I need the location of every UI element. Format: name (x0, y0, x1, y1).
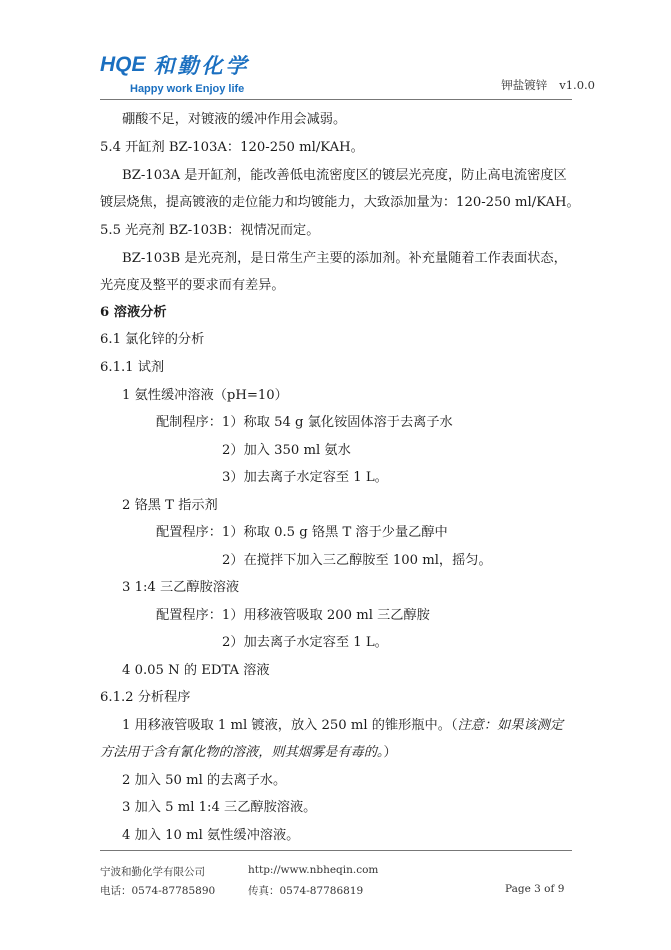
analysis-step-text: 1 用移液管吸取 1 ml 镀液，放入 250 ml 的锥形瓶中。（ (122, 718, 458, 733)
logo-chinese-name: 和勤化学 (154, 50, 250, 80)
section-heading-5-5: 5.5 光亮剂 BZ-103B：视情况而定。 (100, 219, 319, 238)
procedure-step: 2）加去离子水定容至 1 L。 (222, 631, 388, 650)
reagent-item-3: 3 1:4 三乙醇胺溶液 (122, 576, 239, 595)
section-heading-6-1-2: 6.1.2 分析程序 (100, 686, 191, 705)
doc-version: v1.0.0 (559, 78, 595, 92)
document-page: HQE 和勤化学 Happy work Enjoy life 钾盐镀锌v1.0.… (0, 0, 671, 950)
paragraph-line: BZ-103B 是光亮剂，是日常生产主要的添加剂。补充量随着工作表面状态， (122, 247, 567, 266)
reagent-item-1: 1 氨性缓冲溶液（pH=10） (122, 384, 288, 403)
header-divider (100, 99, 572, 100)
footer-divider (100, 850, 572, 851)
logo-abbr: HQE (100, 53, 146, 77)
section-heading-6: 6 溶液分析 (100, 301, 167, 320)
procedure-step: 2）加入 350 ml 氨水 (222, 439, 351, 458)
analysis-step-1-cont: 方法用于含有氰化物的溶液，则其烟雾是有毒的。） (100, 741, 397, 760)
footer-company: 宁波和勤化学有限公司 (100, 864, 205, 879)
footer-page-number: Page 3 of 9 (505, 883, 564, 895)
paragraph-line: 镀层烧焦，提高镀液的走位能力和均镀能力，大致添加量为：120-250 ml/KA… (100, 191, 580, 210)
procedure-step: 3）加去离子水定容至 1 L。 (222, 466, 388, 485)
close-paren: ） (384, 745, 397, 760)
paragraph-line: BZ-103A 是开缸剂，能改善低电流密度区的镀层光亮度，防止高电流密度区 (122, 164, 567, 183)
analysis-step-3: 3 加入 5 ml 1:4 三乙醇胺溶液。 (122, 796, 316, 815)
procedure-step: 2）在搅拌下加入三乙醇胺至 100 ml，摇匀。 (222, 549, 492, 568)
paragraph-line: 光亮度及整平的要求而有差异。 (100, 274, 285, 293)
section-heading-6-1: 6.1 氯化锌的分析 (100, 328, 204, 347)
analysis-step-4: 4 加入 10 ml 氨性缓冲溶液。 (122, 824, 299, 843)
company-logo: HQE 和勤化学 Happy work Enjoy life (100, 50, 250, 95)
procedure-step: 配置程序：1）用移液管吸取 200 ml 三乙醇胺 (156, 604, 430, 623)
warning-note: 注意：如果该测定 (458, 718, 564, 733)
section-heading-5-4: 5.4 开缸剂 BZ-103A：120-250 ml/KAH。 (100, 136, 364, 155)
reagent-item-2: 2 铬黑 T 指示剂 (122, 494, 218, 513)
analysis-step-1: 1 用移液管吸取 1 ml 镀液，放入 250 ml 的锥形瓶中。（注意：如果该… (122, 714, 563, 733)
document-header: 钾盐镀锌v1.0.0 (489, 77, 595, 93)
reagent-item-4: 4 0.05 N 的 EDTA 溶液 (122, 659, 270, 678)
paragraph-line: 硼酸不足，对镀液的缓冲作用会减弱。 (122, 108, 346, 127)
footer-website[interactable]: http://www.nbheqin.com (248, 864, 378, 876)
warning-note: 方法用于含有氰化物的溶液，则其烟雾是有毒的。 (100, 745, 384, 760)
footer-fax: 传真：0574-87786819 (248, 883, 363, 898)
analysis-step-2: 2 加入 50 ml 的去离子水。 (122, 769, 286, 788)
procedure-step: 配制程序：1）称取 54 g 氯化铵固体溶于去离子水 (156, 411, 453, 430)
logo-tagline: Happy work Enjoy life (130, 83, 250, 95)
procedure-step: 配置程序：1）称取 0.5 g 铬黑 T 溶于少量乙醇中 (156, 521, 448, 540)
section-heading-6-1-1: 6.1.1 试剂 (100, 356, 164, 375)
footer-phone: 电话：0574-87785890 (100, 883, 215, 898)
doc-title: 钾盐镀锌 (501, 78, 547, 92)
